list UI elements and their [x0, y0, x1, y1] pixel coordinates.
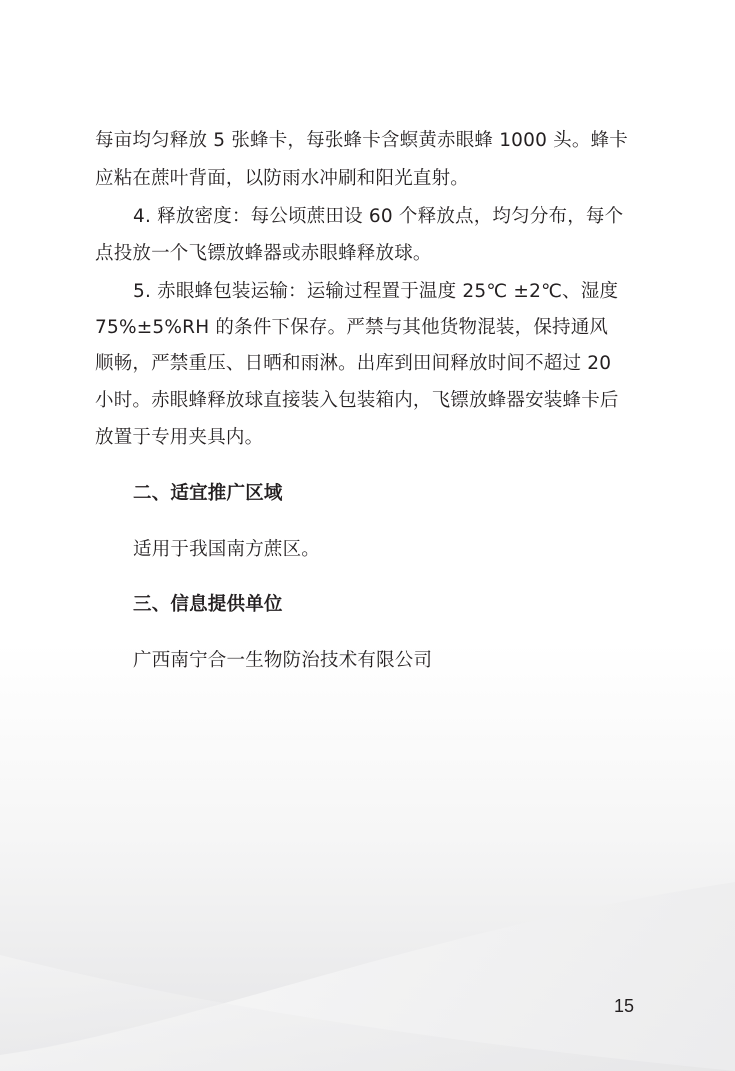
- item-5-line: 放置于专用夹具内。: [95, 426, 655, 450]
- item-5-line: 顺畅，严禁重压、日晒和雨淋。出库到田间释放时间不超过 20: [95, 352, 655, 376]
- section-heading-promotion-area: 二、适宜推广区域: [133, 482, 693, 506]
- item-5-line: 5. 赤眼蜂包装运输：运输过程置于温度 25℃ ±2℃、湿度: [133, 280, 693, 304]
- item-4-line: 4. 释放密度：每公顷蔗田设 60 个释放点，均匀分布，每个: [133, 205, 693, 229]
- section-body-promotion-area: 适用于我国南方蔗区。: [133, 538, 693, 562]
- section-body-info-provider: 广西南宁合一生物防治技术有限公司: [133, 649, 693, 673]
- item-4-line: 点投放一个飞镖放蜂器或赤眼蜂释放球。: [95, 242, 655, 266]
- section-heading-info-provider: 三、信息提供单位: [133, 593, 693, 617]
- document-page: 每亩均匀释放 5 张蜂卡，每张蜂卡含螟黄赤眼蜂 1000 头。蜂卡 应粘在蔗叶背…: [0, 0, 735, 1071]
- item-5-line: 小时。赤眼蜂释放球直接装入包装箱内，飞镖放蜂器安装蜂卡后: [95, 389, 655, 413]
- item-5-line: 75%±5%RH 的条件下保存。严禁与其他货物混装，保持通风: [95, 316, 655, 340]
- paragraph-line: 每亩均匀释放 5 张蜂卡，每张蜂卡含螟黄赤眼蜂 1000 头。蜂卡: [95, 129, 655, 153]
- paragraph-line: 应粘在蔗叶背面，以防雨水冲刷和阳光直射。: [95, 167, 655, 191]
- page-number: 15: [614, 996, 634, 1017]
